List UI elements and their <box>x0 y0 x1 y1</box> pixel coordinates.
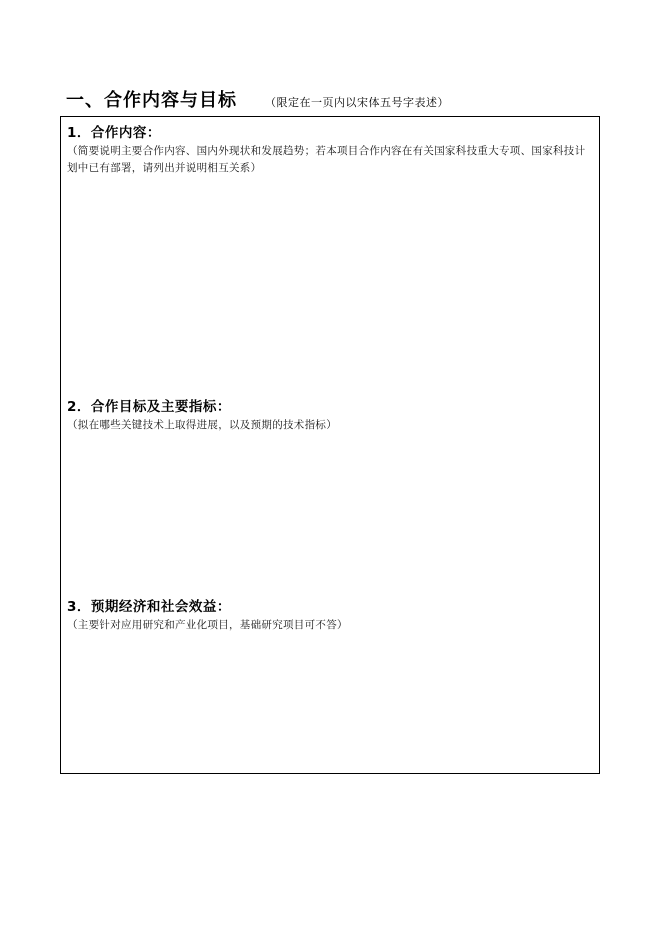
answer-area-expected-benefits[interactable] <box>67 634 593 774</box>
section-note: （拟在哪些关键技术上取得进展，以及预期的技术指标） <box>67 417 593 434</box>
section-title: 2．合作目标及主要指标： <box>67 397 593 417</box>
page-title-note: （限定在一页内以宋体五号字表述） <box>265 94 449 110</box>
answer-area-cooperation-content[interactable] <box>67 177 593 397</box>
section-title: 3．预期经济和社会效益： <box>67 597 593 617</box>
section-note: （简要说明主要合作内容、国内外现状和发展趋势；若本项目合作内容在有关国家科技重大… <box>67 143 593 177</box>
form-box: 1．合作内容： （简要说明主要合作内容、国内外现状和发展趋势；若本项目合作内容在… <box>60 116 600 774</box>
page-title: 一、合作内容与目标 <box>66 86 237 112</box>
section-cooperation-content: 1．合作内容： （简要说明主要合作内容、国内外现状和发展趋势；若本项目合作内容在… <box>67 123 593 397</box>
section-title: 1．合作内容： <box>67 123 593 143</box>
section-note: （主要针对应用研究和产业化项目，基础研究项目可不答） <box>67 617 593 634</box>
section-goals-indicators: 2．合作目标及主要指标： （拟在哪些关键技术上取得进展，以及预期的技术指标） <box>67 397 593 594</box>
page-heading: 一、合作内容与目标 （限定在一页内以宋体五号字表述） <box>66 86 449 112</box>
section-expected-benefits: 3．预期经济和社会效益： （主要针对应用研究和产业化项目，基础研究项目可不答） <box>67 597 593 774</box>
answer-area-goals-indicators[interactable] <box>67 434 593 594</box>
